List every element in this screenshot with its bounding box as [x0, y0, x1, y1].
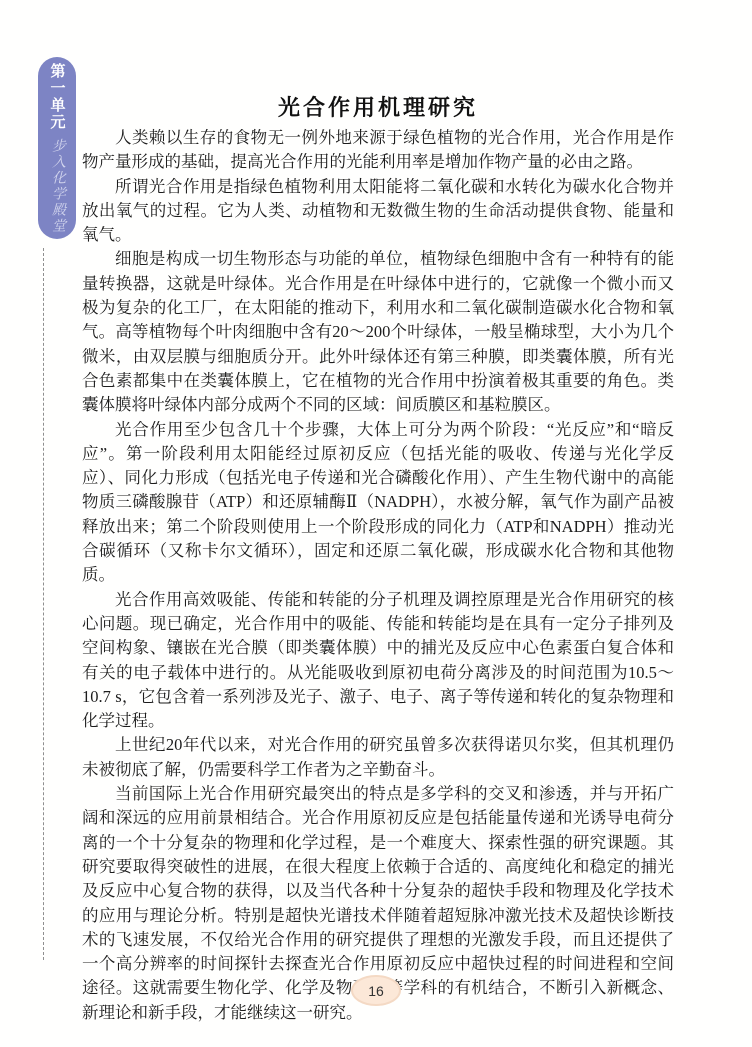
paragraph-3: 细胞是构成一切生物形态与功能的单位，植物绿色细胞中含有一种特有的能量转换器，这就… — [82, 247, 674, 417]
paragraph-1: 人类赖以生存的食物无一例外地来源于绿色植物的光合作用，光合作用是作物产量形成的基… — [82, 126, 674, 175]
article-body: 人类赖以生存的食物无一例外地来源于绿色植物的光合作用，光合作用是作物产量形成的基… — [82, 126, 674, 1025]
page-number: 16 — [368, 983, 384, 999]
sidebar-dashed-rule — [43, 248, 44, 960]
unit-label: 第一单元 — [47, 63, 68, 131]
paragraph-5: 光合作用高效吸能、传能和转能的分子机理及调控原理是光合作用研究的核心问题。现已确… — [82, 588, 674, 734]
page-number-badge: 16 — [351, 975, 401, 1006]
article-title: 光合作用机理研究 — [82, 91, 674, 122]
paragraph-4: 光合作用至少包含几十个步骤，大体上可分为两个阶段：“光反应”和“暗反应”。第一阶… — [82, 418, 674, 588]
unit-subtitle: 步入化学殿堂 — [47, 138, 67, 234]
unit-badge: 第一单元 步入化学殿堂 — [38, 57, 76, 239]
textbook-page: 第一单元 步入化学殿堂 光合作用机理研究 人类赖以生存的食物无一例外地来源于绿色… — [0, 0, 752, 1047]
paragraph-6: 上世纪20年代以来，对光合作用的研究虽曾多次获得诺贝尔奖，但其机理仍未被彻底了解… — [82, 733, 674, 782]
paragraph-2: 所谓光合作用是指绿色植物利用太阳能将二氧化碳和水转化为碳水化合物并放出氧气的过程… — [82, 175, 674, 248]
